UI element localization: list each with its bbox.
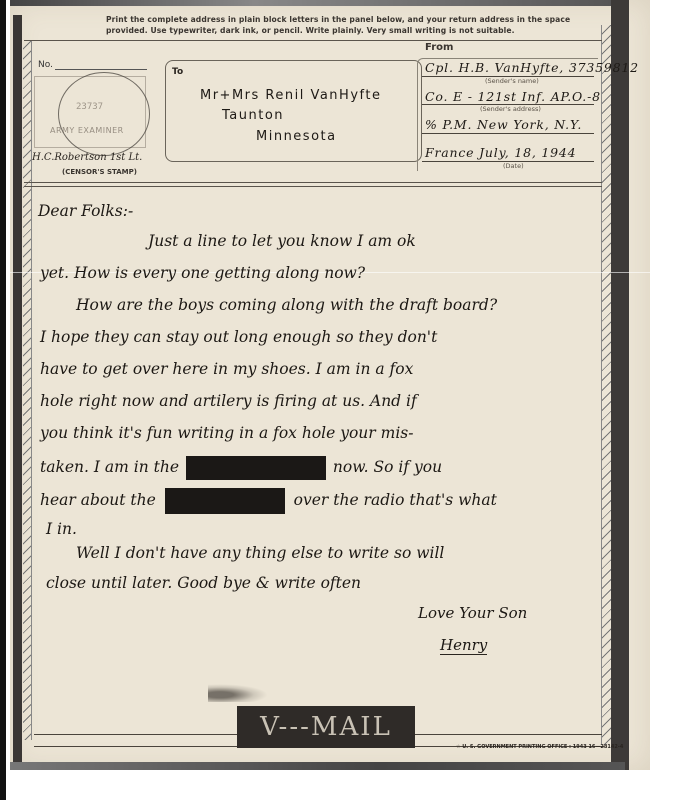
sender-address: Co. E - 121st Inf. AP.O.-8 xyxy=(425,89,601,104)
sender-address-caption: (Sender's address) xyxy=(480,105,541,113)
printing-office-imprint: ☆ U. S. GOVERNMENT PRINTING OFFICE : 194… xyxy=(456,744,623,750)
censor-stamp-number: 23737 xyxy=(76,102,103,112)
letter-line: yet. How is every one getting along now? xyxy=(40,264,365,282)
top-border xyxy=(10,0,620,6)
letter-closing: Love Your Son xyxy=(418,604,527,622)
letter-line-part: over the radio that's what xyxy=(294,491,497,509)
vmail-banner: V---MAIL xyxy=(237,706,415,748)
salutation: Dear Folks:- xyxy=(38,202,133,220)
number-label: No. xyxy=(38,60,53,70)
censor-stamp-label: (CENSOR'S STAMP) xyxy=(62,168,137,176)
right-border-bar xyxy=(611,0,629,770)
instructions-line-1: Print the complete address in plain bloc… xyxy=(106,14,606,25)
ink-smudge xyxy=(208,684,268,702)
letter-line: taken. I am in the now. So if you xyxy=(40,456,442,480)
instructions-line-2: provided. Use typewriter, dark ink, or p… xyxy=(106,25,606,36)
left-hatch-margin xyxy=(23,40,32,740)
censored-redaction xyxy=(165,488,285,514)
number-line xyxy=(55,69,147,70)
letter-line: hear about the over the radio that's wha… xyxy=(40,488,497,514)
letter-line: Just a line to let you know I am ok xyxy=(148,232,416,250)
from-label: From xyxy=(425,42,453,53)
address-section-rule-2 xyxy=(24,186,602,187)
form-instructions: Print the complete address in plain bloc… xyxy=(106,14,606,36)
letter-line-part: hear about the xyxy=(40,491,156,509)
sender-name-caption: (Sender's name) xyxy=(485,77,539,85)
letter-line: hole right now and artilery is firing at… xyxy=(40,392,417,410)
scan-edge xyxy=(0,0,6,800)
recipient-address-box xyxy=(165,60,422,162)
address-section-rule xyxy=(24,182,602,183)
header-rule xyxy=(24,40,602,41)
letter-line: Well I don't have any thing else to writ… xyxy=(76,544,444,562)
letter-line: I in. xyxy=(46,520,77,538)
postmark-circle xyxy=(58,72,150,156)
recipient-city: Taunton xyxy=(222,108,284,123)
letter-line: you think it's fun writing in a fox hole… xyxy=(40,424,413,442)
letter-date: France July, 18, 1944 xyxy=(425,145,576,160)
to-label: To xyxy=(172,67,183,77)
left-border-bar xyxy=(13,15,22,765)
bottom-border xyxy=(10,762,625,770)
censor-signature: H.C.Robertson 1st Lt. xyxy=(32,152,142,163)
date-caption: (Date) xyxy=(503,162,524,170)
censored-redaction xyxy=(186,456,326,480)
letter-line-part: taken. I am in the xyxy=(40,458,179,476)
sender-city-rule xyxy=(422,133,594,134)
letter-line-part: now. So if you xyxy=(333,458,442,476)
letter-line: I hope they can stay out long enough so … xyxy=(40,328,437,346)
recipient-name: Mr+Mrs Renil VanHyfte xyxy=(200,88,381,103)
recipient-state: Minnesota xyxy=(256,129,337,144)
letter-line: have to get over here in my shoes. I am … xyxy=(40,360,413,378)
letter-line: close until later. Good bye & write ofte… xyxy=(46,574,361,592)
sender-city: % P.M. New York, N.Y. xyxy=(425,117,582,132)
letter-signature: Henry xyxy=(440,636,487,655)
censor-stamp-text: ARMY EXAMINER xyxy=(50,126,124,135)
letter-line: How are the boys coming along with the d… xyxy=(76,296,497,314)
right-hatch-margin xyxy=(601,25,611,745)
sender-name: Cpl. H.B. VanHyfte, 37359812 xyxy=(425,60,639,75)
